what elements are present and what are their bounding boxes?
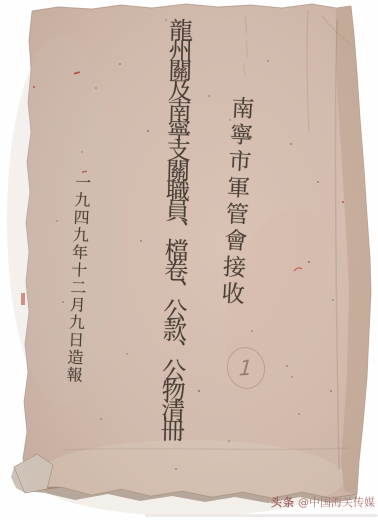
watermark-handle: @中国海关传媒 xyxy=(298,496,375,509)
watermark: 头条 @中国海关传媒 xyxy=(271,496,375,509)
pencil-mark-number: 1 xyxy=(238,355,253,380)
bottom-divider-line xyxy=(145,514,378,517)
photo-of-document: 龍州關及南寧支關職員、檔卷、公款、公物清冊 南寧市軍管會接收 一九四九年十二月九… xyxy=(0,0,378,520)
toutiao-logo: 头条 xyxy=(271,496,295,509)
